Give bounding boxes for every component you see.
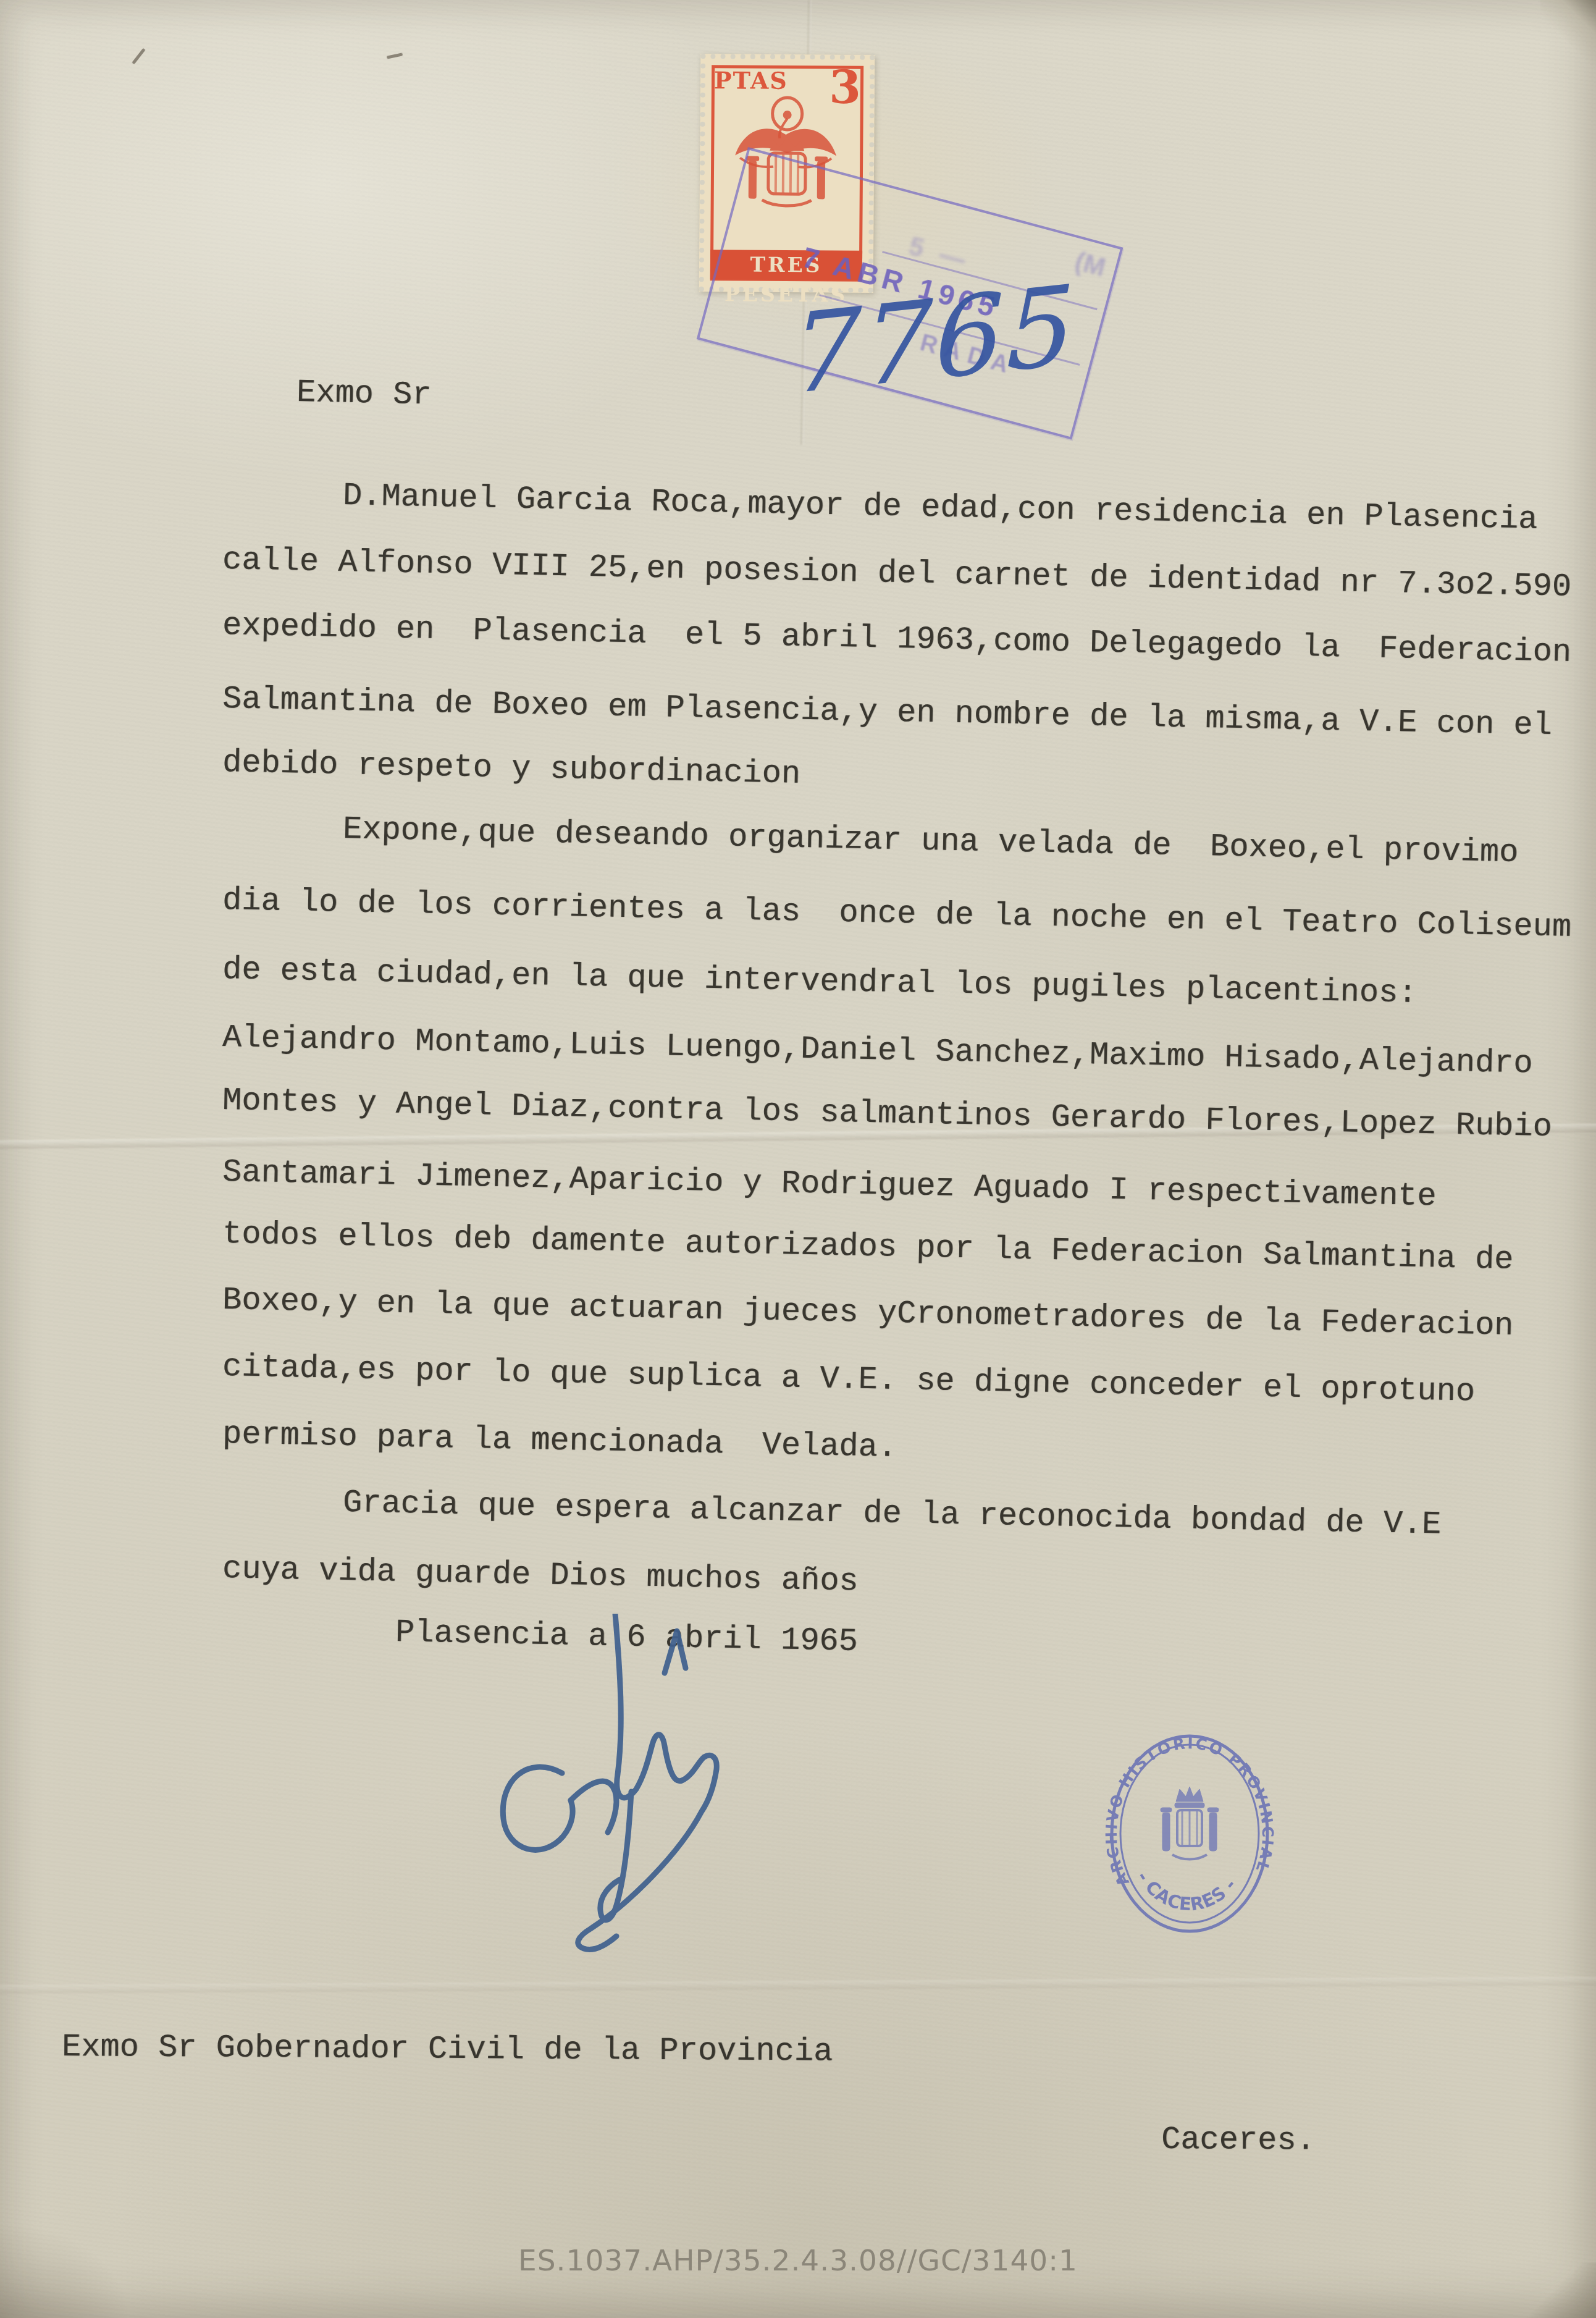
archive-stamp-arc-bottom-text: - CACERES -: [1133, 1868, 1242, 1915]
typewritten-line: Alejandro Montamo,Luis Luengo,Daniel San…: [222, 1016, 1533, 1087]
typewritten-line: cuya vida guarde Dios muchos años: [222, 1547, 859, 1604]
horizontal-crease-lower: [0, 1976, 1596, 1994]
addressee-line: Exmo Sr Gobernador Civil de la Provincia: [62, 2025, 833, 2075]
typewritten-line: Expone,que deseando organizar una velada…: [342, 807, 1519, 875]
archive-reference-code: ES.1037.AHP/35.2.4.3.08//GC/3140:1: [0, 2244, 1596, 2278]
addressee-city: Caceres.: [1161, 2118, 1316, 2164]
paper-fleck: [387, 53, 403, 59]
typewritten-line: expedido en Plasencia el 5 abril 1963,co…: [222, 604, 1571, 675]
fiscal-stamp-currency-label: PTAS: [714, 66, 788, 95]
typewritten-line: permiso para la mencionada Velada.: [222, 1412, 897, 1470]
typewritten-line: de esta ciudad,en la que intervendral lo…: [222, 948, 1417, 1016]
scanned-letter-page: PTAS 3 TRES PESETAS (M: [0, 0, 1596, 2318]
typewritten-line: calle Alfonso VIII 25,en posesion del ca…: [222, 538, 1571, 610]
typewritten-line: citada,es por lo que suplica a V.E. se d…: [222, 1345, 1475, 1415]
typewritten-line: D.Manuel Garcia Roca,mayor de edad,con r…: [342, 474, 1538, 542]
signature: [468, 1614, 826, 1972]
typewritten-line: debido respeto y subordinacion: [222, 741, 800, 797]
svg-text:- CACERES -: - CACERES -: [1133, 1868, 1242, 1915]
typewritten-line: Salmantina de Boxeo em Plasencia,y en no…: [222, 677, 1552, 748]
archive-stamp-coat-of-arms-icon: [1161, 1787, 1219, 1860]
typewritten-line: Santamari Jimenez,Aparicio y Rodriguez A…: [222, 1150, 1437, 1219]
corner-fold-shadow: [1540, 0, 1596, 68]
typewritten-line: dia lo de los corrientes a las once de l…: [222, 879, 1571, 950]
typewritten-line: Gracia que espera alcanzar de la reconoc…: [342, 1481, 1442, 1548]
archive-stamp: ARCHIVO HISTORICO PROVINCIAL - CACERES -: [1103, 1727, 1276, 1937]
typewritten-line: todos ellos deb damente autorizados por …: [222, 1212, 1514, 1283]
paper-fleck: [132, 48, 145, 65]
salutation: Exmo Sr: [296, 371, 432, 418]
typewritten-line: Boxeo,y en la que actuaran jueces yCrono…: [222, 1278, 1514, 1349]
